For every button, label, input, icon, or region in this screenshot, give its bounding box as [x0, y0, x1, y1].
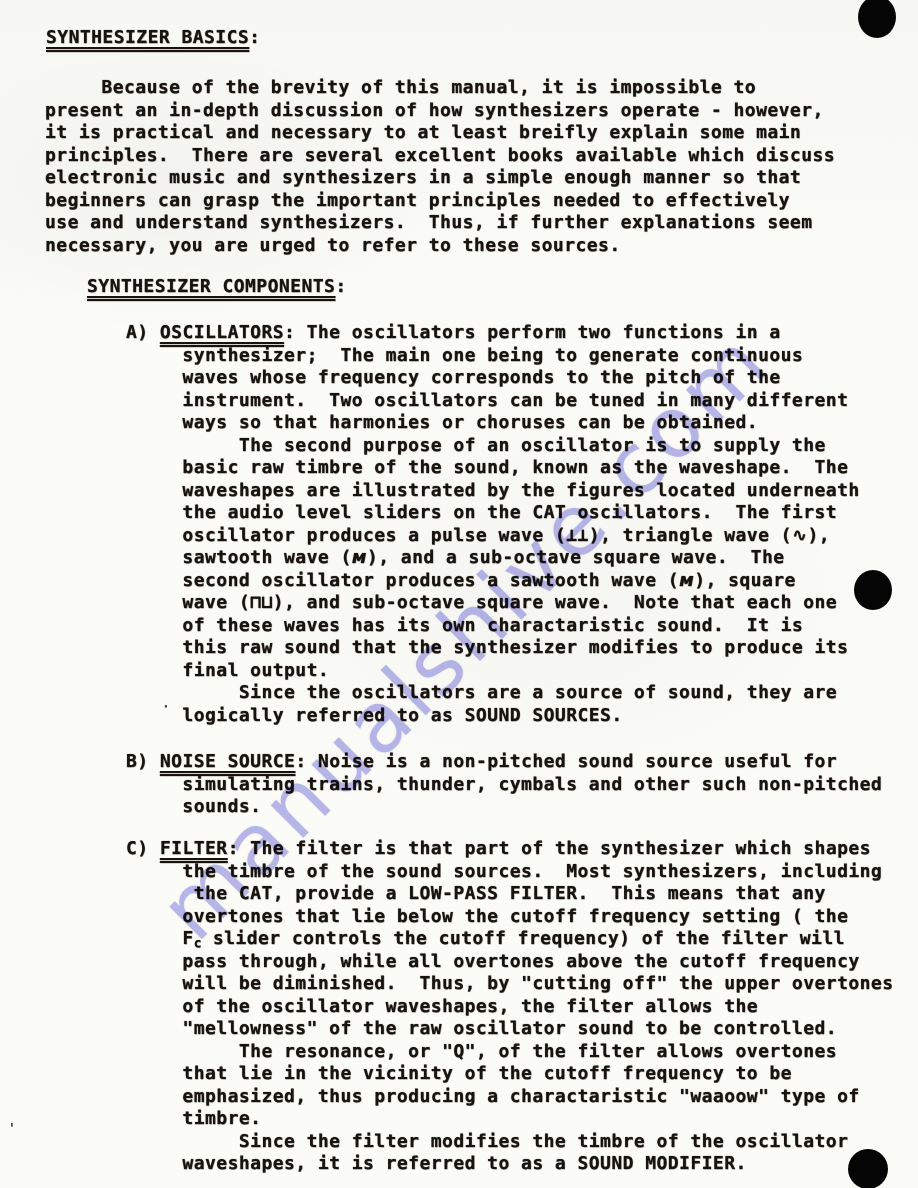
text-line: final output. [126, 660, 860, 683]
text-segment: "mellowness" of the raw oscillator sound… [126, 1018, 837, 1039]
text-segment: present an in-depth discussion of how sy… [45, 100, 824, 121]
underlined-keyword: OSCILLATORS [160, 322, 284, 343]
text-segment: The resonance, or "Q", of the filter all… [126, 1041, 837, 1062]
text-line: The second purpose of an oscillator is t… [126, 435, 860, 458]
text-segment: the timbre of the sound sources. Most sy… [126, 861, 882, 882]
text-line: will be diminished. Thus, by "cutting of… [126, 973, 894, 996]
text-segment: this raw sound that the synthesizer modi… [126, 637, 848, 658]
text-line: basic raw timbre of the sound, known as … [126, 457, 860, 480]
heading-synthesizer-basics: SYNTHESIZER BASICS: [46, 27, 260, 50]
text-segment: : The filter is that part of the synthes… [228, 838, 871, 859]
text-line: pass through, while all overtones above … [126, 951, 894, 974]
text-line: principles. There are several excellent … [45, 145, 835, 168]
text-segment: pass through, while all overtones above … [126, 951, 860, 972]
text-segment: oscillator produces a pulse wave ( [126, 525, 566, 546]
text-segment: instrument. Two oscillators can be tuned… [126, 390, 848, 411]
intro-paragraph: Because of the brevity of this manual, i… [45, 77, 835, 257]
text-line: of these waves has its own charactaristi… [126, 615, 860, 638]
section-filter: C) FILTER: The filter is that part of th… [126, 838, 894, 1176]
text-line: simulating trains, thunder, cymbals and … [126, 774, 882, 797]
waveform-symbol: ∿ [792, 525, 808, 546]
text-line: logically referred to as SOUND SOURCES. [126, 705, 860, 728]
text-line: the CAT, provide a LOW-PASS FILTER. This… [126, 883, 894, 906]
text-segment: Since the oscillators are a source of so… [126, 682, 837, 703]
text-segment: synthesizer; The main one being to gener… [126, 345, 803, 366]
text-line: oscillator produces a pulse wave (⊥⊥), t… [126, 525, 860, 548]
text-segment: principles. There are several excellent … [45, 145, 835, 166]
section-noise-source: B) NOISE SOURCE: Noise is a non-pitched … [126, 751, 882, 819]
text-line: the audio level sliders on the CAT oscil… [126, 502, 860, 525]
text-line: second oscillator produces a sawtooth wa… [126, 570, 860, 593]
text-line: beginners can grasp the important princi… [45, 190, 835, 213]
text-segment: waves whose frequency corresponds to the… [126, 367, 781, 388]
waveform-symbol: ⊥⊥ [566, 525, 589, 546]
scan-dot [854, 570, 892, 610]
text-line: it is practical and necessary to at leas… [45, 122, 835, 145]
text-segment: final output. [126, 660, 329, 681]
text-segment: that lie in the vicinity of the cutoff f… [126, 1063, 792, 1084]
text-segment: ways so that harmonies or choruses can b… [126, 412, 758, 433]
text-line: that lie in the vicinity of the cutoff f… [126, 1063, 894, 1086]
text-segment: will be diminished. Thus, by "cutting of… [126, 973, 894, 994]
underlined-keyword: NOISE SOURCE [160, 751, 295, 772]
scanned-page: SYNTHESIZER BASICS: Because of the brevi… [0, 0, 918, 1188]
heading-synthesizer-basics-text: SYNTHESIZER BASICS [46, 27, 249, 48]
text-line: instrument. Two oscillators can be tuned… [126, 390, 860, 413]
text-line: Since the oscillators are a source of so… [126, 682, 860, 705]
text-segment: logically referred to as SOUND SOURCES. [126, 705, 623, 726]
text-line: waveshapes are illustrated by the figure… [126, 480, 860, 503]
text-line: Because of the brevity of this manual, i… [45, 77, 835, 100]
text-line: timbre. [126, 1108, 894, 1131]
heading-synthesizer-components: SYNTHESIZER COMPONENTS: [87, 276, 347, 299]
section-oscillators: A) OSCILLATORS: The oscillators perform … [126, 322, 860, 727]
text-segment: waveshapes, it is referred to as a SOUND… [126, 1153, 747, 1174]
scan-dot [848, 1149, 888, 1188]
text-segment: of these waves has its own charactaristi… [126, 615, 803, 636]
text-segment: the CAT, provide a LOW-PASS FILTER. This… [126, 883, 826, 904]
text-segment: A) [126, 322, 160, 343]
text-segment: The second purpose of an oscillator is t… [126, 435, 826, 456]
text-line: ways so that harmonies or choruses can b… [126, 412, 860, 435]
text-line: A) OSCILLATORS: The oscillators perform … [126, 322, 860, 345]
document-text: SYNTHESIZER BASICS: Because of the brevi… [0, 0, 918, 1188]
text-line: sounds. [126, 796, 882, 819]
text-segment: ), and a sub-octave square wave. The [367, 547, 785, 568]
text-line: overtones that lie below the cutoff freq… [126, 906, 894, 929]
text-segment: overtones that lie below the cutoff freq… [126, 906, 848, 927]
text-segment: it is practical and necessary to at leas… [45, 122, 801, 143]
text-segment: basic raw timbre of the sound, known as … [126, 457, 848, 478]
text-line: Since the filter modifies the timbre of … [126, 1131, 894, 1154]
text-line: sawtooth wave (ᴍ), and a sub-octave squa… [126, 547, 860, 570]
heading-colon: : [249, 27, 260, 48]
text-segment: C) [126, 838, 160, 859]
text-segment: ), and sub-octave square wave. Note that… [273, 592, 837, 613]
text-segment: use and understand synthesizers. Thus, i… [45, 212, 813, 233]
text-segment: ), [808, 525, 831, 546]
stray-mark: ' [8, 1122, 16, 1137]
text-segment: : Noise is a non-pitched sound source us… [295, 751, 837, 772]
text-line: this raw sound that the synthesizer modi… [126, 637, 860, 660]
text-line: synthesizer; The main one being to gener… [126, 345, 860, 368]
text-line: C) FILTER: The filter is that part of th… [126, 838, 894, 861]
text-line: waves whose frequency corresponds to the… [126, 367, 860, 390]
text-line: use and understand synthesizers. Thus, i… [45, 212, 835, 235]
text-segment: of the oscillator waveshapes, the filter… [126, 996, 758, 1017]
subscript-text: c [194, 937, 202, 952]
text-segment: timbre. [126, 1108, 261, 1129]
text-segment: : The oscillators perform two functions … [284, 322, 781, 343]
text-line: wave (⊓⊔), and sub-octave square wave. N… [126, 592, 860, 615]
heading-synthesizer-components-text: SYNTHESIZER COMPONENTS [87, 276, 335, 297]
text-segment: wave ( [126, 592, 250, 613]
text-segment: ), triangle wave ( [589, 525, 792, 546]
text-line: Fc slider controls the cutoff frequency)… [126, 928, 894, 951]
text-line: present an in-depth discussion of how sy… [45, 100, 835, 123]
text-line: the timbre of the sound sources. Most sy… [126, 861, 894, 884]
text-segment: emphasized, thus producing a charactaris… [126, 1086, 860, 1107]
text-segment: Since the filter modifies the timbre of … [126, 1131, 848, 1152]
text-line: emphasized, thus producing a charactaris… [126, 1086, 894, 1109]
text-segment: slider controls the cutoff frequency) of… [202, 928, 845, 949]
text-segment: sounds. [126, 796, 261, 817]
underlined-keyword: FILTER [160, 838, 228, 859]
text-segment: waveshapes are illustrated by the figure… [126, 480, 860, 501]
text-segment: the audio level sliders on the CAT oscil… [126, 502, 837, 523]
waveform-symbol: ᴍ [679, 570, 694, 591]
text-segment: necessary, you are urged to refer to the… [45, 235, 621, 256]
text-segment: ), square [694, 570, 796, 591]
text-segment: B) [126, 751, 160, 772]
text-segment: simulating trains, thunder, cymbals and … [126, 774, 882, 795]
text-segment: electronic music and synthesizers in a s… [45, 167, 801, 188]
text-segment: sawtooth wave ( [126, 547, 352, 568]
text-line: B) NOISE SOURCE: Noise is a non-pitched … [126, 751, 882, 774]
text-line: necessary, you are urged to refer to the… [45, 235, 835, 258]
text-segment: second oscillator produces a sawtooth wa… [126, 570, 679, 591]
text-line: of the oscillator waveshapes, the filter… [126, 996, 894, 1019]
heading-colon: : [335, 276, 346, 297]
waveform-symbol: ⊓⊔ [250, 592, 273, 613]
text-segment: F [126, 928, 194, 949]
stray-mark: · [162, 700, 170, 715]
text-segment: Because of the brevity of this manual, i… [45, 77, 756, 98]
text-line: "mellowness" of the raw oscillator sound… [126, 1018, 894, 1041]
waveform-symbol: ᴍ [352, 547, 367, 568]
text-segment: beginners can grasp the important princi… [45, 190, 790, 211]
text-line: The resonance, or "Q", of the filter all… [126, 1041, 894, 1064]
text-line: waveshapes, it is referred to as a SOUND… [126, 1153, 894, 1176]
text-line: electronic music and synthesizers in a s… [45, 167, 835, 190]
